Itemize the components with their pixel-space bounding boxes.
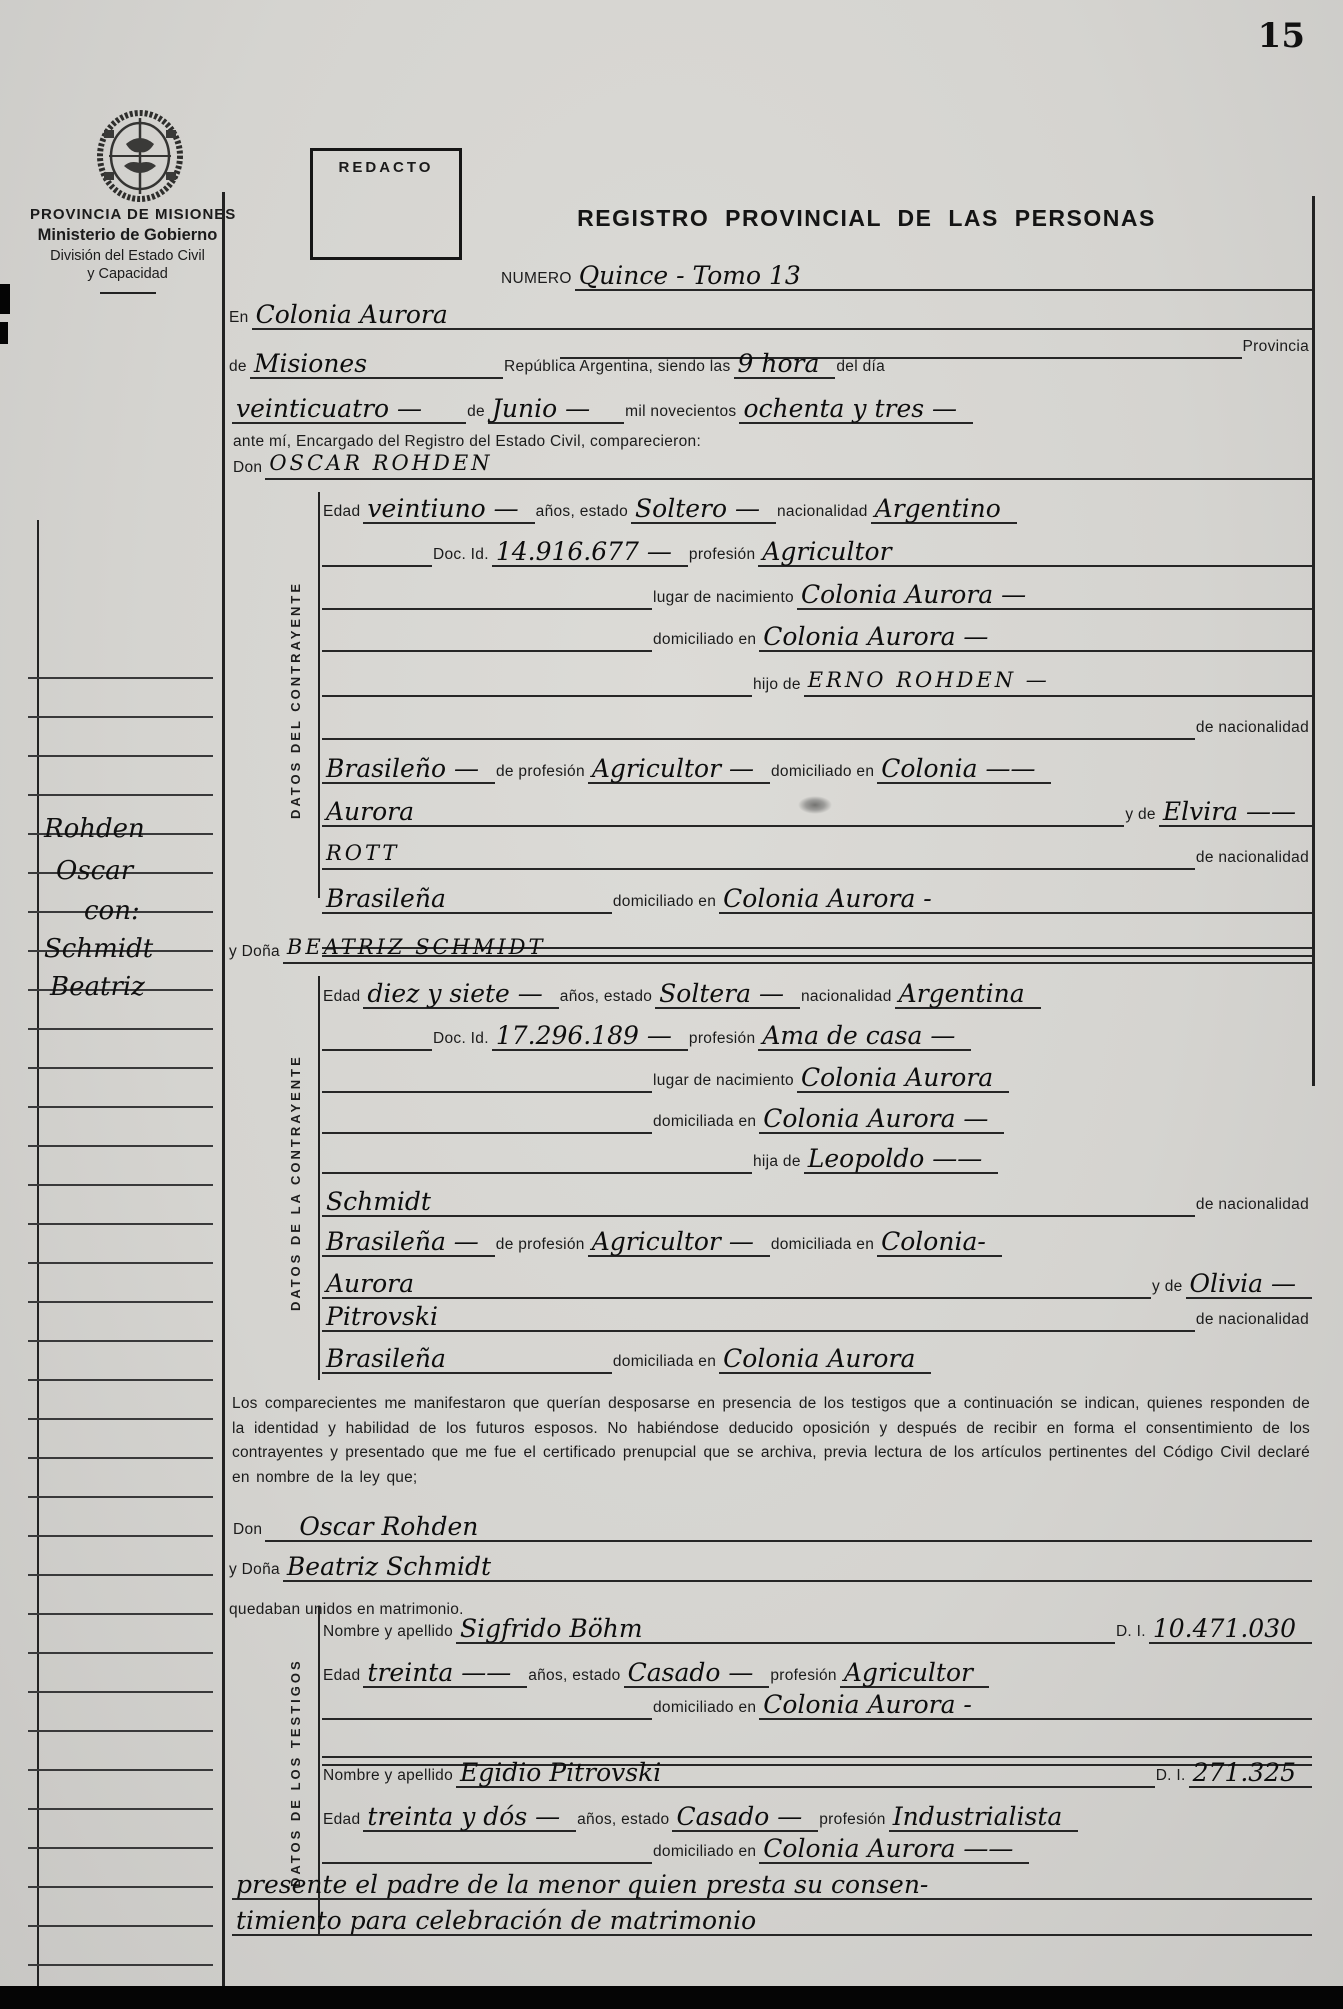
groom-father-line: hijo deERNO ROHDEN — (322, 661, 1312, 697)
handwritten-entry: Brasileña — (322, 1229, 495, 1257)
blank-line (454, 1326, 1195, 1332)
margin-note: con: (84, 898, 140, 924)
witness2-residence-line: domiciliado enColonia Aurora —— (322, 1828, 1312, 1864)
handwritten-entry: Sigfrido Böhm (456, 1616, 659, 1644)
handwritten-entry: Colonia Aurora - (719, 886, 948, 914)
blank-line (430, 821, 1124, 827)
printed-label: de (228, 358, 250, 379)
handwritten-entry: Schmidt (322, 1189, 447, 1217)
bride-section-bracket (318, 976, 320, 1380)
handwritten-entry: Oscar Rohden (295, 1514, 494, 1542)
handwritten-entry: Pitrovski (322, 1304, 454, 1332)
bride-mother-surname-line: Pitrovskide nacionalidad (322, 1296, 1312, 1332)
bride-id-line: Doc. Id.17.296.189 —profesiónAma de casa… (322, 1015, 1312, 1051)
witness1-age-line: Edadtreinta ——años, estadoCasado —profes… (322, 1652, 1312, 1688)
blank-line (322, 1168, 752, 1174)
handwritten-entry: Olivia — (1186, 1271, 1312, 1299)
handwritten-entry: ROTT (322, 843, 415, 870)
letterhead-ministry: Ministerio de Gobierno (30, 226, 225, 245)
printed-label: República Argentina, siendo las (503, 358, 733, 379)
printed-label: y Doña (228, 1561, 283, 1582)
handwritten-entry: Aurora (322, 1271, 430, 1299)
printed-label: Edad (322, 988, 363, 1009)
groom-name-line: DonOSCAR ROHDEN (232, 444, 1312, 480)
printed-label: años, estado (559, 988, 655, 1009)
handwritten-entry: veintiuno — (363, 496, 534, 524)
bride-mother-line: Auroray deOlivia — (322, 1263, 1312, 1299)
handwritten-entry: Beatriz Schmidt (283, 1554, 507, 1582)
printed-label: domiciliada en (652, 1113, 759, 1134)
redacto-stamp: REDACTO (310, 148, 462, 260)
printed-label: nacionalidad (776, 503, 871, 524)
handwritten-entry: Colonia Aurora (797, 1065, 1009, 1093)
handwritten-entry: Ama de casa — (758, 1023, 971, 1051)
handwritten-entry: Brasileña (322, 886, 462, 914)
bride-declaration-line: y DoñaBeatriz Schmidt (228, 1546, 1312, 1582)
form-left-rule (222, 192, 225, 1986)
blank-line (322, 1128, 652, 1134)
handwritten-entry: Colonia Aurora —— (759, 1836, 1029, 1864)
handwritten-entry: Argentino (871, 496, 1017, 524)
printed-label: domiciliado en (652, 1699, 759, 1720)
blank-line (562, 958, 1313, 964)
printed-label: NUMERO (500, 270, 575, 291)
handwritten-entry: Colonia Aurora - (759, 1692, 988, 1720)
printed-label: de nacionalidad (1195, 849, 1312, 870)
groom-father-nationality-line: Brasileño —de profesiónAgricultor —domic… (322, 748, 1312, 784)
printed-label: domiciliada en (770, 1236, 877, 1257)
letterhead-capacity: y Capacidad (30, 266, 225, 282)
handwritten-entry: Brasileña (322, 1346, 462, 1374)
printed-label: años, estado (535, 503, 631, 524)
handwritten-entry: Colonia Aurora — (797, 582, 1042, 610)
printed-label: de nacionalidad (1195, 1311, 1312, 1332)
handwritten-entry: 10.471.030 (1149, 1616, 1312, 1644)
handwritten-entry: Colonia —— (877, 756, 1051, 784)
blank-line (322, 734, 1195, 740)
blank-line (1004, 646, 1312, 652)
printed-label: Don (232, 1521, 265, 1542)
scan-edge-bottom (0, 1986, 1343, 2009)
page-number: 15 (1258, 16, 1305, 56)
bride-mother-nationality-line: Brasileñadomiciliada enColonia Aurora (322, 1338, 1312, 1374)
printed-label: de nacionalidad (1195, 719, 1312, 740)
printed-label: y de (1124, 806, 1159, 827)
handwritten-entry: OSCAR ROHDEN (265, 453, 508, 480)
coat-of-arms-seal (96, 110, 184, 202)
printed-label: Nombre y apellido (322, 1623, 456, 1644)
printed-label: domiciliado en (612, 893, 719, 914)
blank-line (507, 1576, 1312, 1582)
handwritten-entry: Agricultor — (588, 756, 770, 784)
blank-line (988, 1714, 1312, 1720)
bride-father-surname-line: Schmidtde nacionalidad (322, 1181, 1312, 1217)
groom-mother-surname-line: ROTTde nacionalidad (322, 834, 1312, 870)
margin-note: Schmidt (44, 936, 153, 962)
handwritten-entry: Colonia Aurora — (759, 624, 1004, 652)
printed-label: y Doña (228, 943, 283, 964)
handwritten-entry: 271.325 (1189, 1760, 1312, 1788)
handwritten-entry: Quince - Tomo 13 (575, 263, 817, 291)
blank-line (415, 864, 1194, 870)
printed-label: domiciliada en (612, 1353, 719, 1374)
witness2-name-line: Nombre y apellidoEgidio PitrovskiD. I.27… (322, 1752, 1312, 1788)
scan-edge-mark (0, 322, 8, 344)
consent-note-line1: presente el padre de la menor quien pres… (232, 1864, 1312, 1900)
handwritten-entry: Brasileño — (322, 756, 495, 784)
groom-id-line: Doc. Id.14.916.677 —profesiónAgricultor (322, 531, 1312, 567)
blank-line (322, 604, 652, 610)
groom-birthplace-line: lugar de nacimientoColonia Aurora — (322, 574, 1312, 610)
blank-line (322, 646, 652, 652)
letterhead-underline (100, 292, 156, 294)
printed-label: domiciliado en (652, 1843, 759, 1864)
groom-residence-line: domiciliado enColonia Aurora — (322, 616, 1312, 652)
redacto-stamp-label: REDACTO (339, 159, 434, 176)
blank-line (494, 1536, 1312, 1542)
handwritten-entry: 17.296.189 — (492, 1023, 688, 1051)
handwritten-entry: BEATRIZ SCHMIDT (283, 937, 562, 964)
consent-note-line2: timiento para celebración de matrimonio (232, 1900, 1312, 1936)
printed-label: de profesión (495, 763, 588, 784)
handwritten-entry: 14.916.677 — (492, 539, 688, 567)
blank-line (383, 373, 503, 379)
margin-note: Beatriz (50, 974, 145, 1000)
printed-label: D. I. (1155, 1767, 1189, 1788)
handwritten-entry: presente el padre de la menor quien pres… (232, 1872, 944, 1900)
printed-label: domiciliado en (770, 763, 877, 784)
groom-age-line: Edadveintiuno —años, estadoSoltero —naci… (322, 488, 1312, 524)
letterhead-province: PROVINCIA DE MISIONES (30, 206, 225, 223)
printed-label: D. I. (1115, 1623, 1149, 1644)
numero-line: NUMEROQuince - Tomo 13 (500, 255, 1312, 291)
blank-line (677, 1782, 1154, 1788)
handwritten-entry: Colonia Aurora — (759, 1106, 1004, 1134)
bride-residence-line: domiciliada enColonia Aurora — (322, 1098, 1312, 1134)
legal-paragraph: Los comparecientes me manifestaron que q… (232, 1392, 1310, 1490)
printed-label: Nombre y apellido (322, 1767, 456, 1788)
handwritten-entry: Leopoldo —— (804, 1146, 999, 1174)
witness2-age-line: Edadtreinta y dós —años, estadoCasado —p… (322, 1796, 1312, 1832)
handwritten-entry: diez y siete — (363, 981, 558, 1009)
blank-line (322, 691, 752, 697)
blank-line (1042, 604, 1312, 610)
handwritten-entry: Elvira —— (1159, 799, 1312, 827)
printed-label: del día (835, 358, 888, 379)
witness1-residence-line: domiciliado enColonia Aurora - (322, 1684, 1312, 1720)
bride-name-line: y DoñaBEATRIZ SCHMIDT (228, 928, 1312, 964)
handwritten-entry: Argentina (895, 981, 1041, 1009)
handwritten-entry: Colonia- (877, 1229, 1002, 1257)
blank-line (265, 1536, 295, 1542)
bride-father-nationality-line: Brasileña —de profesiónAgricultor —domic… (322, 1221, 1312, 1257)
handwritten-entry: ERNO ROHDEN — (804, 670, 1066, 697)
printed-label: profesión (688, 1030, 758, 1051)
blank-line (322, 1045, 432, 1051)
bride-father-line: hija deLeopoldo —— (322, 1138, 1312, 1174)
handwritten-entry: Colonia Aurora (252, 302, 464, 330)
printed-label: Doc. Id. (432, 1030, 492, 1051)
handwritten-entry: Egidio Pitrovski (456, 1760, 677, 1788)
handwritten-entry: Colonia Aurora (719, 1346, 931, 1374)
handwritten-entry: Agricultor — (588, 1229, 770, 1257)
groom-father-nationality-label-line: de nacionalidad (322, 704, 1312, 740)
blank-line (322, 1714, 652, 1720)
blank-line (1066, 691, 1312, 697)
handwritten-entry: Misiones (250, 351, 383, 379)
form-right-rule (1312, 196, 1315, 1086)
margin-note: Oscar (56, 858, 133, 884)
bride-birthplace-line: lugar de nacimientoColonia Aurora (322, 1057, 1312, 1093)
scan-edge-mark (0, 284, 10, 314)
handwritten-entry: Soltera — (655, 981, 800, 1009)
witness1-name-line: Nombre y apellidoSigfrido BöhmD. I.10.47… (322, 1608, 1312, 1644)
printed-label: Don (232, 459, 265, 480)
blank-line (322, 1087, 652, 1093)
printed-label: lugar de nacimiento (652, 1072, 797, 1093)
blank-line (772, 1930, 1312, 1936)
blank-line (659, 1638, 1115, 1644)
printed-label: Doc. Id. (432, 546, 492, 567)
blank-line (817, 285, 1312, 291)
groom-section-label: DATOS DEL CONTRAYENTE (288, 505, 303, 895)
blank-line (322, 561, 432, 567)
handwritten-entry: Aurora (322, 799, 430, 827)
printed-label: de nacionalidad (1195, 1196, 1312, 1217)
printed-label: lugar de nacimiento (652, 589, 797, 610)
printed-label: nacionalidad (800, 988, 895, 1009)
groom-declaration-line: DonOscar Rohden (232, 1506, 1312, 1542)
blank-line (447, 1211, 1195, 1217)
printed-label: hija de (752, 1153, 804, 1174)
document-title: REGISTRO PROVINCIAL DE LAS PERSONAS (480, 205, 1253, 232)
blank-line (908, 561, 1312, 567)
printed-label: En (228, 309, 252, 330)
margin-note: Rohden (44, 816, 145, 842)
handwritten-entry: Agricultor (758, 539, 907, 567)
handwritten-entry: Soltero — (631, 496, 776, 524)
bride-section-label: DATOS DE LA CONTRAYENTE (288, 985, 303, 1380)
handwritten-entry: 9 hora (734, 351, 836, 379)
printed-label: profesión (688, 546, 758, 567)
blank-line (462, 1368, 612, 1374)
bride-age-line: Edaddiez y siete —años, estadoSoltera —n… (322, 973, 1312, 1009)
printed-label: domiciliado en (652, 631, 759, 652)
province-line: deMisionesRepública Argentina, siendo la… (228, 343, 1312, 379)
blank-line (509, 474, 1312, 480)
printed-label: hijo de (752, 676, 804, 697)
groom-mother-line: Auroray deElvira —— (322, 791, 1312, 827)
scanned-marriage-certificate: 15 PROVINCIA DE MISIONES Ministerio de G… (0, 0, 1343, 2009)
printed-label: Edad (322, 503, 363, 524)
groom-mother-nationality-line: Brasileñadomiciliado enColonia Aurora - (322, 878, 1312, 914)
printed-label: de profesión (495, 1236, 588, 1257)
handwritten-entry: timiento para celebración de matrimonio (232, 1908, 772, 1936)
letterhead-division: División del Estado Civil (30, 248, 225, 264)
groom-section-bracket (318, 492, 320, 898)
